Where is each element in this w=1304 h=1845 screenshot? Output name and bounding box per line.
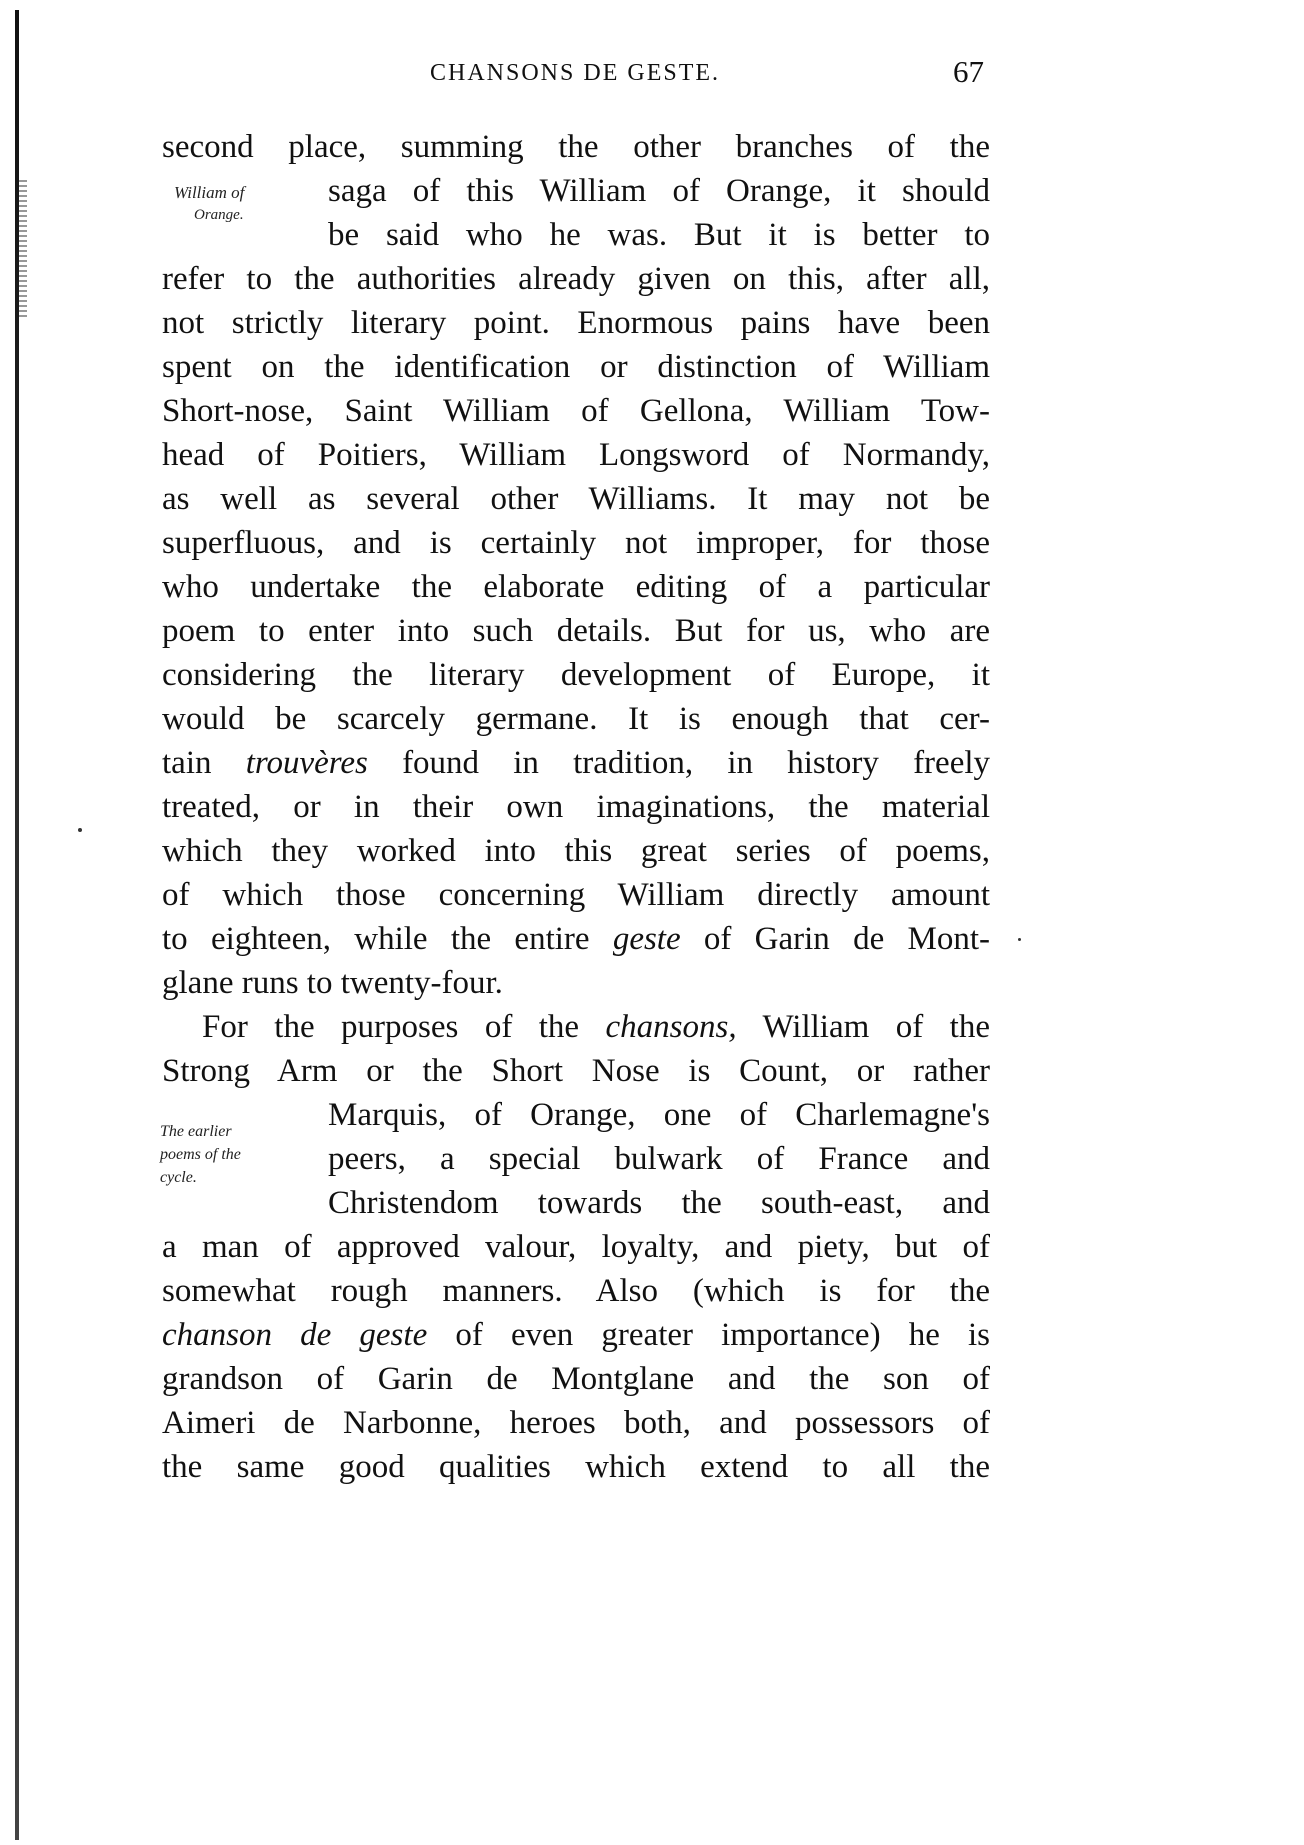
text-line: be said who he was. But it is better to xyxy=(162,213,990,257)
text-run: For the purposes of the xyxy=(202,1009,606,1045)
text-line: saga of this William of Orange, it shoul… xyxy=(162,169,990,213)
italic-term: trouvères xyxy=(246,745,368,781)
paragraph-2: For the purposes of the chansons, Willia… xyxy=(162,1005,990,1489)
text-line: who undertake the elaborate editing of a… xyxy=(162,565,990,609)
text-line: second place, summing the other branches… xyxy=(162,125,990,169)
italic-term: geste xyxy=(613,921,681,957)
text-line: would be scarcely germane. It is enough … xyxy=(162,697,990,741)
page-number: 67 xyxy=(953,54,984,90)
body-text: second place, summing the other branches… xyxy=(162,125,990,1489)
text-line: poem to enter into such details. But for… xyxy=(162,609,990,653)
text-line: For the purposes of the chansons, Willia… xyxy=(162,1005,990,1049)
text-line: as well as several other Williams. It ma… xyxy=(162,477,990,521)
text-line: to eighteen, while the entire geste of G… xyxy=(162,917,990,961)
text-line: not strictly literary point. Enormous pa… xyxy=(162,301,990,345)
text-line: a man of approved valour, loyalty, and p… xyxy=(162,1225,990,1269)
text-line: considering the literary development of … xyxy=(162,653,990,697)
italic-term: chansons, xyxy=(606,1009,737,1045)
text-line: peers, a special bulwark of France and xyxy=(162,1137,990,1181)
text-line: tain trouvères found in tradition, in hi… xyxy=(162,741,990,785)
text-line: Aimeri de Narbonne, heroes both, and pos… xyxy=(162,1401,990,1445)
text-run: of Garin de Mont- xyxy=(681,921,990,957)
text-line: Marquis, of Orange, one of Charlemagne's xyxy=(162,1093,990,1137)
text-line: somewhat rough manners. Also (which is f… xyxy=(162,1269,990,1313)
scan-speckle xyxy=(19,180,27,320)
text-run: tain xyxy=(162,745,246,781)
text-line: head of Poitiers, William Longsword of N… xyxy=(162,433,990,477)
text-line: the same good qualities which extend to … xyxy=(162,1445,990,1489)
text-line: refer to the authorities already given o… xyxy=(162,257,990,301)
text-run: of even greater importance) he is xyxy=(427,1317,990,1353)
text-line: superfluous, and is certainly not improp… xyxy=(162,521,990,565)
scan-artifact-dot xyxy=(78,828,82,832)
text-line: Short-nose, Saint William of Gellona, Wi… xyxy=(162,389,990,433)
text-run: found in tradition, in history freely xyxy=(368,745,990,781)
text-line: spent on the identification or distincti… xyxy=(162,345,990,389)
text-line: grandson of Garin de Montglane and the s… xyxy=(162,1357,990,1401)
text-line: of which those concerning William direct… xyxy=(162,873,990,917)
scan-artifact-dot xyxy=(1018,938,1021,941)
text-run: to eighteen, while the entire xyxy=(162,921,613,957)
text-line: chanson de geste of even greater importa… xyxy=(162,1313,990,1357)
text-line: glane runs to twenty-four. xyxy=(162,961,990,1005)
text-line: Christendom towards the south-east, and xyxy=(162,1181,990,1225)
paragraph-1: second place, summing the other branches… xyxy=(162,125,990,1005)
running-header-title: CHANSONS DE GESTE. xyxy=(430,60,720,87)
italic-term: chanson de geste xyxy=(162,1317,427,1353)
text-line: Strong Arm or the Short Nose is Count, o… xyxy=(162,1049,990,1093)
text-line: treated, or in their own imaginations, t… xyxy=(162,785,990,829)
text-run: William of the xyxy=(737,1009,990,1045)
text-line: which they worked into this great series… xyxy=(162,829,990,873)
